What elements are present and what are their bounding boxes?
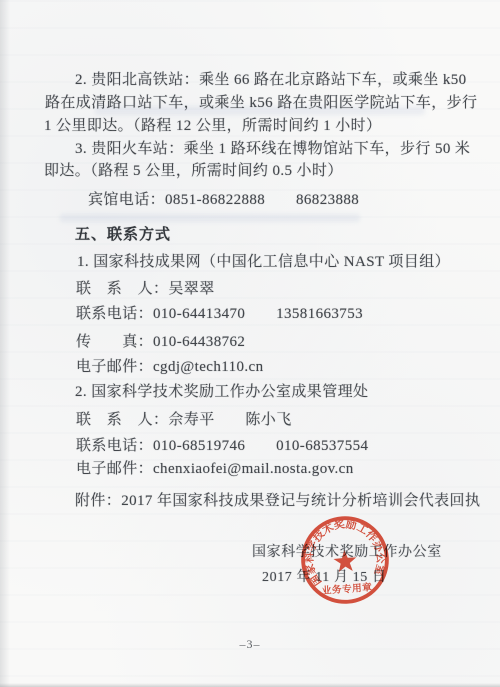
- doc-line-hotel-phone: 宾馆电话：0851-86822888 86823888: [88, 190, 359, 210]
- doc-line-railway-station-1: 3. 贵阳火车站：乘坐 1 路环线在博物馆站下车，步行 50 米: [75, 139, 470, 159]
- doc-line-railway-station-2: 即达。（路程 5 公里，所需时间约 0.5 小时）: [44, 161, 343, 181]
- doc-line-org1-fax: 传 真：010-64438762: [76, 332, 245, 352]
- star-icon: [333, 549, 357, 572]
- doc-line-org2-title: 2. 国家科学技术奖励工作办公室成果管理处: [75, 382, 368, 402]
- doc-line-org2-contact: 联 系 人：佘寿平 陈小飞: [76, 410, 292, 430]
- scan-artifact: [60, 214, 360, 222]
- doc-line-north-station-1: 2. 贵阳北高铁站：乘坐 66 路在北京路站下车，或乘坐 k50: [75, 70, 467, 90]
- doc-line-north-station-3: 1 公里即达。（路程 12 公里，所需时间约 1 小时）: [44, 116, 381, 136]
- scan-edge-shadow-left: [0, 0, 10, 687]
- official-seal-stamp: 国家科学技术奖励工作办公室 业务专用章: [296, 511, 394, 609]
- doc-line-org1-contact: 联 系 人：吴翠翠: [76, 279, 215, 299]
- scan-edge-shadow-bottom: [0, 683, 500, 687]
- stamp-label: 业务专用章: [321, 581, 372, 597]
- heading-contact-section: 五、联系方式: [75, 225, 171, 245]
- doc-line-org1-title: 1. 国家科技成果网（中国化工信息中心 NAST 项目组）: [77, 252, 450, 272]
- scanned-document-page: 2. 贵阳北高铁站：乘坐 66 路在北京路站下车，或乘坐 k50 路在成清路口站…: [0, 0, 500, 687]
- doc-line-org1-email: 电子邮件：cgdj@tech110.cn: [76, 357, 263, 377]
- page-number: –3–: [0, 637, 500, 652]
- doc-line-attachment: 附件：2017 年国家科技成果登记与统计分析培训会代表回执: [75, 491, 480, 511]
- doc-line-org2-email: 电子邮件：chenxiaofei@mail.nosta.gov.cn: [76, 459, 354, 479]
- doc-line-north-station-2: 路在成清路口站下车，或乘坐 k56 路在贵阳医学院站下车，步行: [45, 93, 477, 113]
- doc-line-org2-phone: 联系电话：010-68519746 010-68537554: [76, 436, 368, 456]
- doc-line-org1-phone: 联系电话：010-64413470 13581663753: [76, 304, 363, 324]
